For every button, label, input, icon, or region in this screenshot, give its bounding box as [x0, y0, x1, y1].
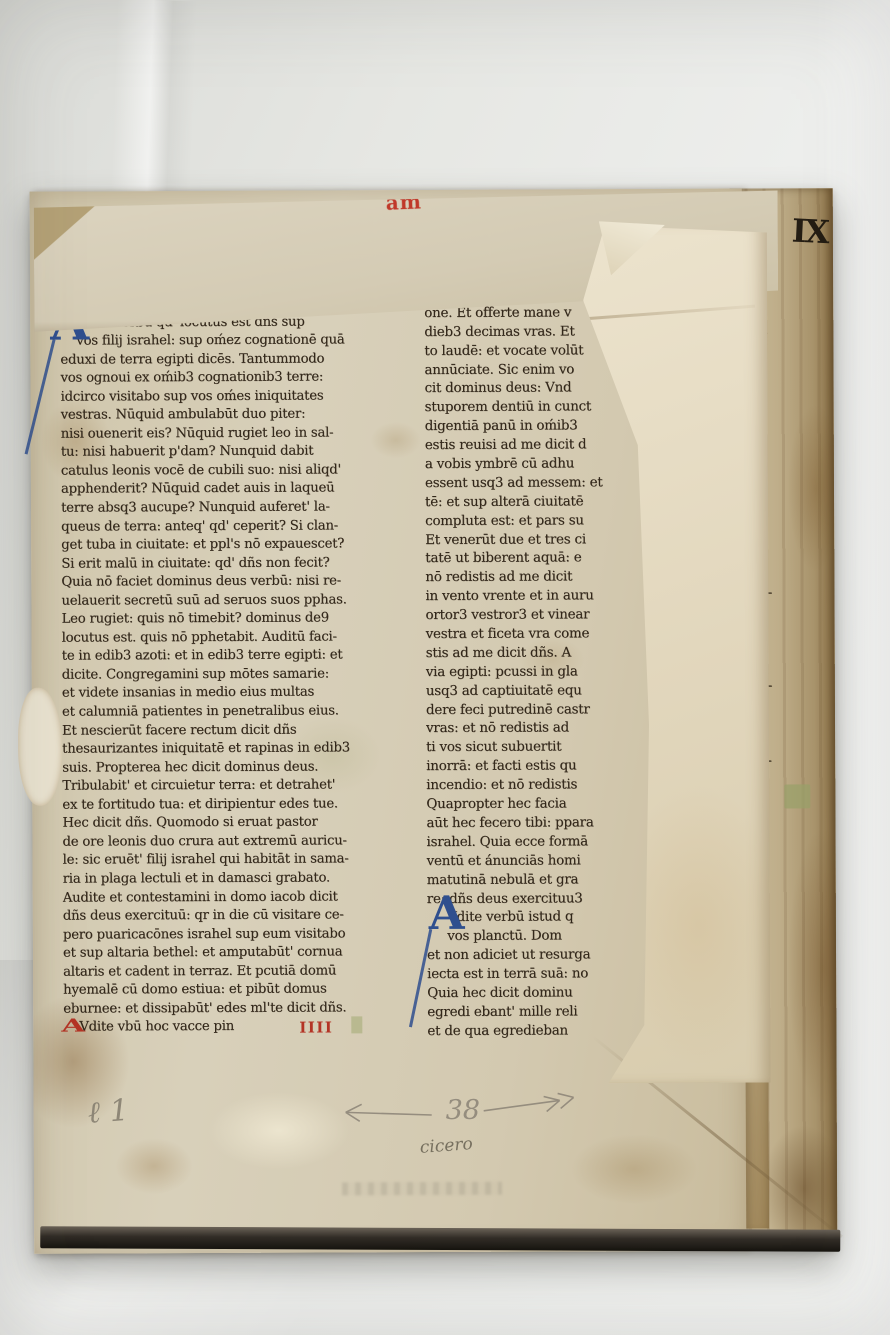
text-line: hyemalē cū domo estiua: et pibūt domus [63, 980, 415, 1000]
text-line: Quia nō faciet dominus deus verbū: nisi … [61, 572, 413, 592]
red-initial-a: A [61, 1018, 85, 1036]
text-line: vos ognoui ex oḿib3 cognationib3 terre: [60, 368, 412, 388]
text-line: et de qua egredieban [427, 1022, 663, 1042]
text-line: Et nescierūt facere rectum dicit dñs [62, 721, 414, 741]
text-line: iecta est in terrā suā: no [427, 965, 663, 985]
text-line: aūt hec fecero tibi: ppara [426, 814, 662, 834]
text-line: suis. Propterea hec dicit dominus deus. [62, 758, 414, 778]
text-line: dñs deus exercituū: qr in die cū visitar… [63, 906, 415, 926]
faint-pencil-scribble [342, 1182, 502, 1196]
text-line: stis ad me dicit dñs. A [426, 644, 662, 664]
pencil-shelfmark: ℓ 1 [86, 1093, 130, 1131]
text-line: incendio: et nō redistis [426, 776, 662, 796]
text-line: tu: nisi habuerit p'dam? Nunquid dabit [61, 442, 413, 462]
text-line: nisi ouenerit eis? Nūquid rugiet leo in … [61, 424, 413, 444]
text-line: catulus leonis vocē de cubili suo: nisi … [61, 461, 413, 481]
text-line: vestra et ficeta vra come [426, 625, 662, 645]
text-line: dere feci putredinē castr [426, 701, 662, 721]
text-line: Audite et contestamini in domo iacob dic… [63, 888, 415, 908]
text-line: et videte insanias in medio eius multas [62, 684, 414, 704]
text-line: eduxi de terra egipti dicēs. Tantummodo [60, 350, 412, 370]
text-line: ex te fortitudo tua: et diripientur edes… [62, 795, 414, 815]
text-line: thesaurizantes iniquitatē et rapinas in … [62, 739, 414, 759]
torn-edge-patch [18, 688, 63, 806]
manuscript-photo: gon diumgisʒʒ:au-vir-um-bēimne.turse-Ets… [0, 0, 890, 1335]
text-line: digentiā panū in oḿib3 [425, 417, 661, 437]
text-line: ti vos sicut subuertit [426, 738, 662, 758]
pencil-measure-arrow: 38 [332, 1085, 592, 1138]
pencil-unit-label: cicero [419, 1134, 473, 1158]
text-line: et non adiciet ut resurga [427, 946, 663, 966]
text-line: Si erit malū in ciuitate: qd' dñs non fe… [61, 554, 413, 574]
text-line: Quapropter hec facia [426, 795, 662, 815]
text-line: uelauerit secretū suū ad seruos suos pph… [61, 591, 413, 611]
text-line: queus de terra: anteq' qd' ceperit? Si c… [61, 517, 413, 537]
text-line: tē: et sup alterā ciuitatē [425, 493, 661, 513]
text-line: ria in plaga lectuli et in damasci graba… [63, 869, 415, 889]
text-line: get tuba in ciuitate: et ppl's nō expaue… [61, 535, 413, 555]
text-line: usq3 ad captiuitatē equ [426, 682, 662, 702]
leaf-bottom-edge-shadow [40, 1226, 840, 1251]
left-text-column: fugiet in illa die dicit dominus. Vdite … [60, 294, 415, 1037]
text-line: a vobis ymbrē cū adhu [425, 455, 661, 475]
chapter-numeral-iiii: IIII [299, 1018, 333, 1036]
text-line: nō redistis ad me dicit [425, 568, 661, 588]
text-line: vras: et nō redistis ad [426, 719, 662, 739]
text-line: le: sic eruēt' filij israhel qui habitāt… [63, 850, 415, 870]
text-line: estis reuisi ad me dicit d [425, 436, 661, 456]
text-line: ortor3 vestror3 et vinear [426, 606, 662, 626]
text-line: te in edib3 azoti: et in edib3 terre egi… [62, 646, 414, 666]
text-line: Et venerūt due et tres ci [425, 531, 661, 551]
text-line: Leo rugiet: quis nō timebit? dominus de9 [62, 609, 414, 629]
text-line: compluta est: et pars su [425, 512, 661, 532]
text-line: eburnee: et dissipabūt' edes ml'te dicit… [63, 999, 415, 1019]
text-line: et sup altaria bethel: et amputabūt' cor… [63, 943, 415, 963]
text-line: in vento vrente et in auru [425, 587, 661, 607]
green-paraph-mark [351, 1016, 362, 1033]
text-line: Hec dicit dñs. Quomodo si eruat pastor [62, 813, 414, 833]
text-line: tatē ut biberent aquā: e [425, 549, 661, 569]
text-line: egredi ebant' mille reli [427, 1003, 663, 1023]
text-line: et calumniā patientes in penetralibus ei… [62, 702, 414, 722]
text-line: apphenderit? Nūquid cadet auis in laqueū [61, 480, 413, 500]
text-line: dicite. Congregamini sup mōtes samarie: [62, 665, 414, 685]
pencil-measure-value: 38 [446, 1095, 480, 1126]
text-line: inorrā: et facti estis qu [426, 757, 662, 777]
text-line: vestras. Nūquid ambulabūt duo piter: [61, 405, 413, 425]
text-line: Tribulabit' et circuietur terra: et detr… [62, 776, 414, 796]
blue-initial-a-right: A [429, 890, 465, 936]
text-line: idcirco visitabo sup vos oḿes iniquitate… [61, 387, 413, 407]
text-line: ventū et ánunciās homi [427, 852, 663, 872]
text-line: Vdite vbū hoc vacce pin [63, 1017, 415, 1037]
text-line: via egipti: pcussi in gla [426, 663, 662, 683]
text-line: locutus est. quis nō pphetabit. Auditū f… [62, 628, 414, 648]
manuscript-leaf: gon diumgisʒʒ:au-vir-um-bēimne.turse-Ets… [30, 188, 838, 1253]
text-line: pero puaricacōnes israhel sup eum visita… [63, 925, 415, 945]
text-line: Quia hec dicit dominu [427, 984, 663, 1004]
text-line: altaris et cadent in terraz. Et pcutiā d… [63, 962, 415, 982]
text-line: israhel. Quia ecce formā [426, 833, 662, 853]
text-line: de ore leonis duo crura aut extremū auri… [62, 832, 414, 852]
chapter-numeral-ix: IX [791, 212, 829, 252]
text-line: terre absq3 aucupe? Nunquid auferet' la- [61, 498, 413, 518]
text-line: vos filij israhel: sup oḿez cognationē q… [60, 331, 412, 351]
text-line: essent usq3 ad messem: et [425, 474, 661, 494]
